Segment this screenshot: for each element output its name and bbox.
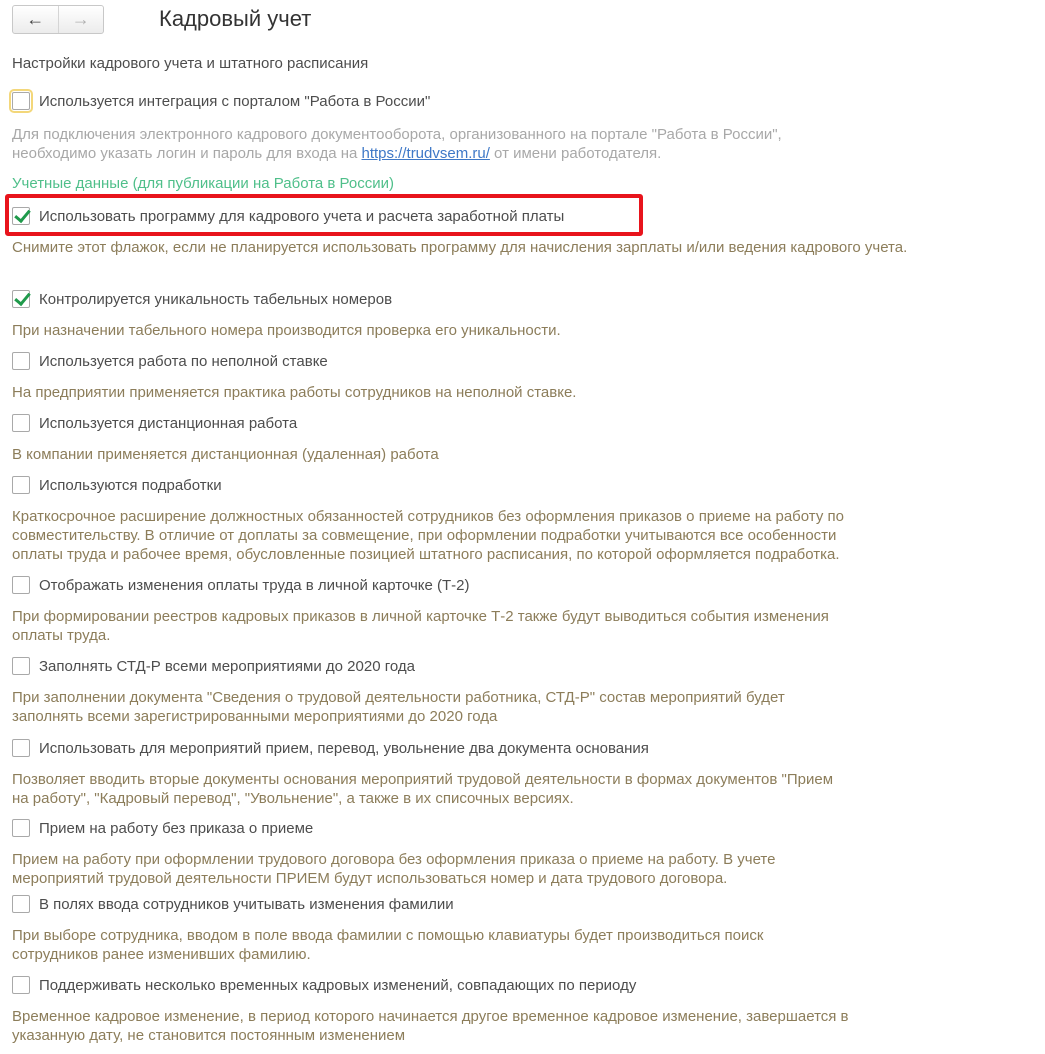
option-label: Контролируется уникальность табельных но… — [39, 291, 392, 308]
option-label: Отображать изменения оплаты труда в личн… — [39, 577, 470, 594]
checkmark-icon — [14, 289, 31, 306]
integration-checkbox[interactable] — [12, 92, 30, 110]
option-hint-line: совместительству. В отличие от доплаты з… — [12, 526, 844, 545]
option-row[interactable]: В полях ввода сотрудников учитывать изме… — [12, 895, 454, 913]
arrow-right-icon: → — [72, 9, 90, 30]
option-hint-line: На предприятии применяется практика рабо… — [12, 383, 576, 402]
checkmark-icon — [14, 206, 31, 223]
option-hint-line: Прием на работу при оформлении трудового… — [12, 850, 775, 869]
page-title: Кадровый учет — [159, 6, 311, 32]
option-hint-line: заполнять всеми зарегистрированными меро… — [12, 707, 785, 726]
section-title: Настройки кадрового учета и штатного рас… — [12, 55, 368, 72]
trudvsem-link[interactable]: https://trudvsem.ru/ — [362, 145, 490, 162]
option-checkbox[interactable] — [12, 819, 30, 837]
option-row[interactable]: Прием на работу без приказа о приеме — [12, 819, 313, 837]
option-row[interactable]: Отображать изменения оплаты труда в личн… — [12, 576, 470, 594]
option-row[interactable]: Использовать для мероприятий прием, пере… — [12, 739, 649, 757]
option-hint: Снимите этот флажок, если не планируется… — [12, 238, 907, 257]
integration-hint: Для подключения электронного кадрового д… — [12, 125, 782, 163]
hint-text: от имени работодателя. — [490, 145, 661, 162]
option-hint-line: сотрудников ранее изменивших фамилию. — [12, 945, 763, 964]
option-label: В полях ввода сотрудников учитывать изме… — [39, 896, 454, 913]
option-label: Заполнять СТД-Р всеми мероприятиями до 2… — [39, 658, 415, 675]
option-checkbox[interactable] — [12, 739, 30, 757]
integration-hint-line: необходимо указать логин и пароль для вх… — [12, 144, 782, 163]
option-hint-line: мероприятий трудовой деятельности ПРИЕМ … — [12, 869, 775, 888]
option-checkbox[interactable] — [12, 352, 30, 370]
option-row[interactable]: Используются подработки — [12, 476, 222, 494]
option-hint: При выборе сотрудника, вводом в поле вво… — [12, 926, 763, 964]
option-checkbox[interactable] — [12, 414, 30, 432]
option-hint-line: Позволяет вводить вторые документы основ… — [12, 770, 833, 789]
integration-option[interactable]: Используется интеграция с порталом "Рабо… — [12, 92, 430, 110]
integration-label: Используется интеграция с порталом "Рабо… — [39, 93, 430, 110]
credentials-link[interactable]: Учетные данные (для публикации на Работа… — [12, 175, 394, 192]
option-label: Использовать программу для кадрового уче… — [39, 208, 564, 225]
option-hint-line: В компании применяется дистанционная (уд… — [12, 445, 439, 464]
option-checkbox[interactable] — [12, 476, 30, 494]
option-hint-line: Краткосрочное расширение должностных обя… — [12, 507, 844, 526]
option-hint: Временное кадровое изменение, в период к… — [12, 1007, 849, 1045]
option-checkbox[interactable] — [12, 976, 30, 994]
option-hint-line: на работу", "Кадровый перевод", "Увольне… — [12, 789, 833, 808]
option-label: Поддерживать несколько временных кадровы… — [39, 977, 636, 994]
option-hint-line: оплаты труда. — [12, 626, 829, 645]
option-row[interactable]: Используется работа по неполной ставке — [12, 352, 328, 370]
option-row[interactable]: Заполнять СТД-Р всеми мероприятиями до 2… — [12, 657, 415, 675]
option-hint: При заполнении документа "Сведения о тру… — [12, 688, 785, 726]
option-row[interactable]: Используется дистанционная работа — [12, 414, 297, 432]
option-hint-line: оплаты труда и рабочее время, обусловлен… — [12, 545, 844, 564]
integration-hint-line: Для подключения электронного кадрового д… — [12, 125, 782, 144]
option-label: Используется дистанционная работа — [39, 415, 297, 432]
option-row[interactable]: Контролируется уникальность табельных но… — [12, 290, 392, 308]
back-button[interactable]: ← — [13, 6, 59, 33]
option-hint: При формировании реестров кадровых прика… — [12, 607, 829, 645]
option-label: Используется работа по неполной ставке — [39, 353, 328, 370]
option-hint: Краткосрочное расширение должностных обя… — [12, 507, 844, 564]
option-checkbox[interactable] — [12, 207, 30, 225]
option-hint-line: При заполнении документа "Сведения о тру… — [12, 688, 785, 707]
option-hint-line: Снимите этот флажок, если не планируется… — [12, 238, 907, 257]
option-checkbox[interactable] — [12, 895, 30, 913]
option-label: Используются подработки — [39, 477, 222, 494]
option-hint: В компании применяется дистанционная (уд… — [12, 445, 439, 464]
option-hint: На предприятии применяется практика рабо… — [12, 383, 576, 402]
option-row[interactable]: Использовать программу для кадрового уче… — [12, 207, 564, 225]
option-hint-line: При назначении табельного номера произво… — [12, 321, 561, 340]
option-hint-line: При выборе сотрудника, вводом в поле вво… — [12, 926, 763, 945]
option-checkbox[interactable] — [12, 290, 30, 308]
option-hint-line: При формировании реестров кадровых прика… — [12, 607, 829, 626]
hint-text: необходимо указать логин и пароль для вх… — [12, 145, 362, 162]
option-hint-line: Временное кадровое изменение, в период к… — [12, 1007, 849, 1026]
option-hint-line: указанную дату, не становится постоянным… — [12, 1026, 849, 1045]
option-hint: Позволяет вводить вторые документы основ… — [12, 770, 833, 808]
option-label: Прием на работу без приказа о приеме — [39, 820, 313, 837]
history-nav: ← → — [12, 5, 104, 34]
option-checkbox[interactable] — [12, 576, 30, 594]
option-checkbox[interactable] — [12, 657, 30, 675]
option-row[interactable]: Поддерживать несколько временных кадровы… — [12, 976, 636, 994]
forward-button[interactable]: → — [59, 6, 104, 33]
option-hint: При назначении табельного номера произво… — [12, 321, 561, 340]
arrow-left-icon: ← — [26, 9, 44, 30]
option-label: Использовать для мероприятий прием, пере… — [39, 740, 649, 757]
option-hint: Прием на работу при оформлении трудового… — [12, 850, 775, 888]
